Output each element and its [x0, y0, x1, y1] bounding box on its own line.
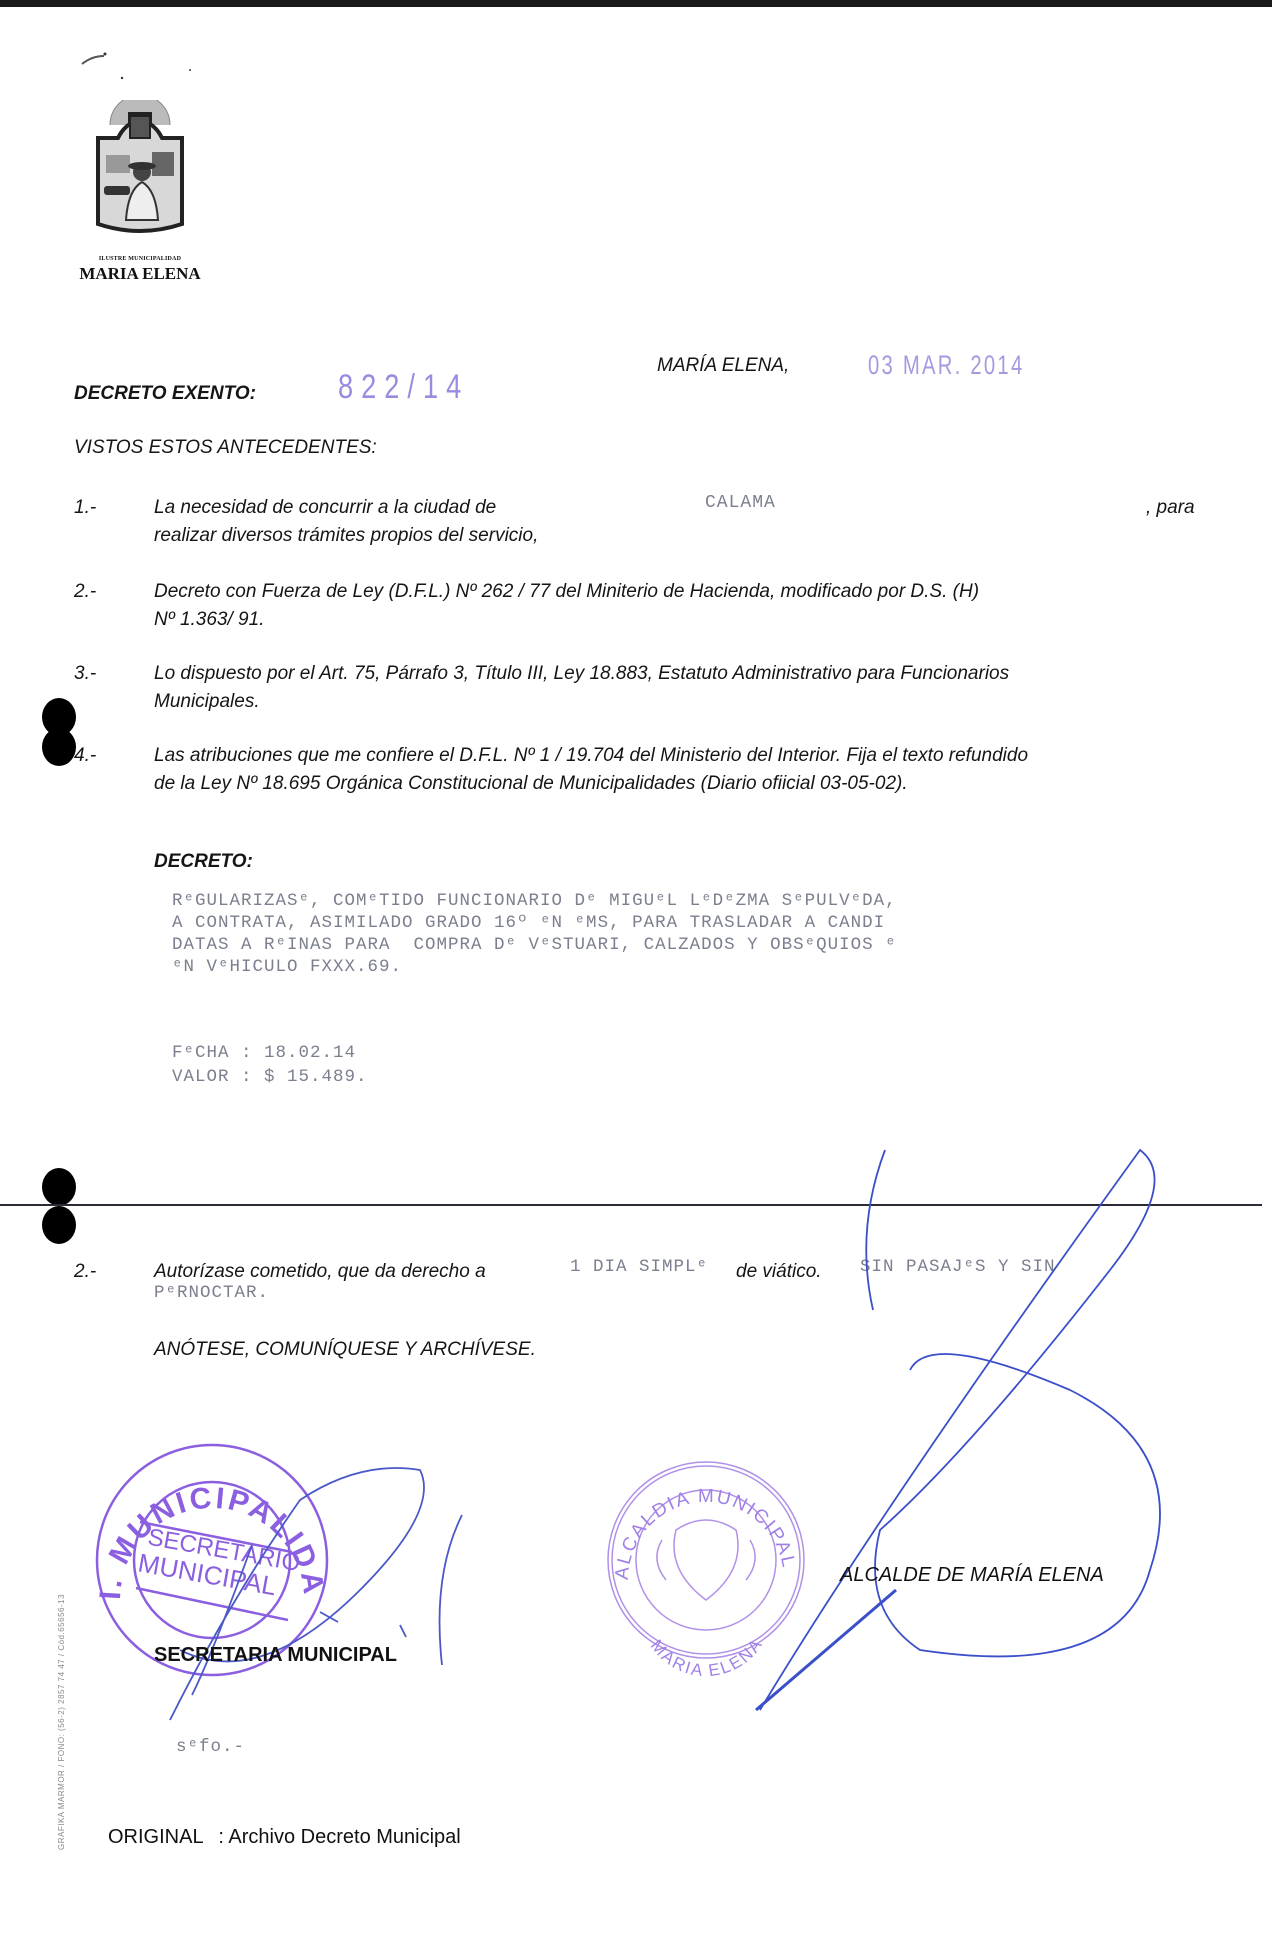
- mayor-stamp-top-text: ALCALDIA MUNICIPAL: [612, 1486, 799, 1581]
- svg-text:I. MUNICIPALIDAD DE MARIA ELEN: I. MUNICIPALIDAD DE MARIA ELENA: [0, 0, 330, 1601]
- svg-text:MARIA ELENA: MARIA ELENA: [647, 1634, 767, 1680]
- distribution-line: ORIGINAL : Archivo Decreto Municipal: [108, 1826, 461, 1849]
- mayor-signature: [756, 1150, 1160, 1710]
- distribution-label: ORIGINAL: [108, 1826, 203, 1848]
- secretary-stamp-outer-text: I. MUNICIPALIDAD DE MARIA ELENA: [0, 0, 330, 1601]
- svg-text:ALCALDIA MUNICIPAL: ALCALDIA MUNICIPAL: [612, 1486, 799, 1581]
- distribution-value: : Archivo Decreto Municipal: [218, 1826, 460, 1848]
- typist-initials: sᵉfo.-: [176, 1736, 245, 1758]
- mayor-stamp-bottom-text: MARIA ELENA: [647, 1634, 767, 1680]
- secretary-signature-label: SECRETARIA MUNICIPAL: [154, 1644, 397, 1667]
- printer-imprint: GRAFIKA MARMOR / FONO: (56-2) 2857 74 47…: [57, 1594, 66, 1850]
- mayor-signature-label: ALCALDE DE MARÍA ELENA: [840, 1564, 1104, 1587]
